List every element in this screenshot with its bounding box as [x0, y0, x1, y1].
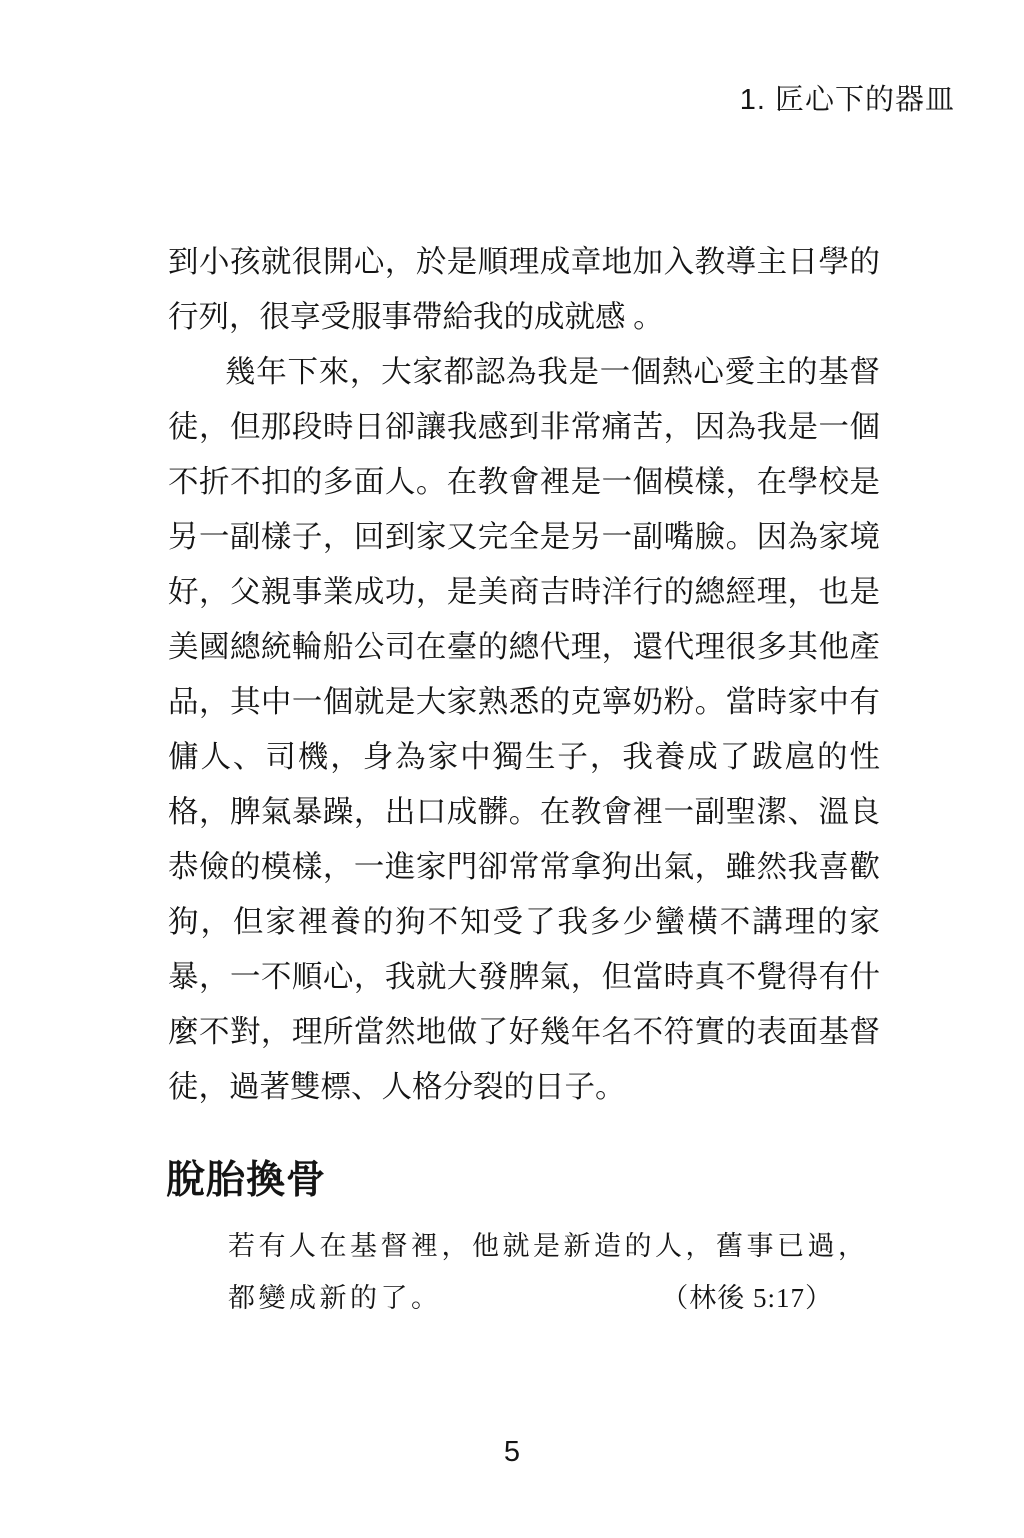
body-text-line: 麼不對，理所當然地做了好幾年名不符實的表面基督	[168, 1005, 880, 1060]
body-text-line: 好，父親事業成功，是美商吉時洋行的總經理，也是	[168, 565, 880, 620]
scripture-quote: 若有人在基督裡，他就是新造的人，舊事已過， 都變成新的了。 （林後 5:17）	[228, 1220, 878, 1324]
body-text-line: 幾年下來，大家都認為我是一個熱心愛主的基督	[168, 345, 880, 400]
page-number: 5	[0, 1437, 1024, 1469]
body-text-line: 徒，過著雙標、人格分裂的日子。	[168, 1060, 880, 1115]
running-header: 1. 匠心下的器皿	[740, 85, 955, 117]
body-text-block: 到小孩就很開心，於是順理成章地加入教導主日學的 行列，很享受服事帶給我的成就感 …	[168, 235, 880, 1115]
quote-line: 都變成新的了。	[228, 1272, 442, 1324]
body-text-line: 美國總統輪船公司在臺的總代理，還代理很多其他產	[168, 620, 880, 675]
body-text-line: 恭儉的模樣，一進家門卻常常拿狗出氣，雖然我喜歡	[168, 840, 880, 895]
book-page: 1. 匠心下的器皿 到小孩就很開心，於是順理成章地加入教導主日學的 行列，很享受…	[0, 0, 1024, 1538]
body-text-line: 不折不扣的多面人。在教會裡是一個模樣，在學校是	[168, 455, 880, 510]
quote-last-row: 都變成新的了。 （林後 5:17）	[228, 1272, 878, 1324]
body-text-line: 暴，一不順心，我就大發脾氣，但當時真不覺得有什	[168, 950, 880, 1005]
body-text-line: 品，其中一個就是大家熟悉的克寧奶粉。當時家中有	[168, 675, 880, 730]
body-text-line: 另一副樣子，回到家又完全是另一副嘴臉。因為家境	[168, 510, 880, 565]
body-text-line: 格，脾氣暴躁，出口成髒。在教會裡一副聖潔、溫良	[168, 785, 880, 840]
scripture-reference: （林後 5:17）	[661, 1272, 833, 1324]
body-text-line: 徒，但那段時日卻讓我感到非常痛苦，因為我是一個	[168, 400, 880, 455]
body-text-line: 行列，很享受服事帶給我的成就感 。	[168, 290, 880, 345]
section-heading: 脫胎換骨	[166, 1160, 326, 1203]
quote-line: 若有人在基督裡，他就是新造的人，舊事已過，	[228, 1220, 878, 1272]
body-text-line: 傭人、司機，身為家中獨生子，我養成了跋扈的性	[168, 730, 880, 785]
body-text-line: 狗，但家裡養的狗不知受了我多少蠻橫不講理的家	[168, 895, 880, 950]
body-text-line: 到小孩就很開心，於是順理成章地加入教導主日學的	[168, 235, 880, 290]
